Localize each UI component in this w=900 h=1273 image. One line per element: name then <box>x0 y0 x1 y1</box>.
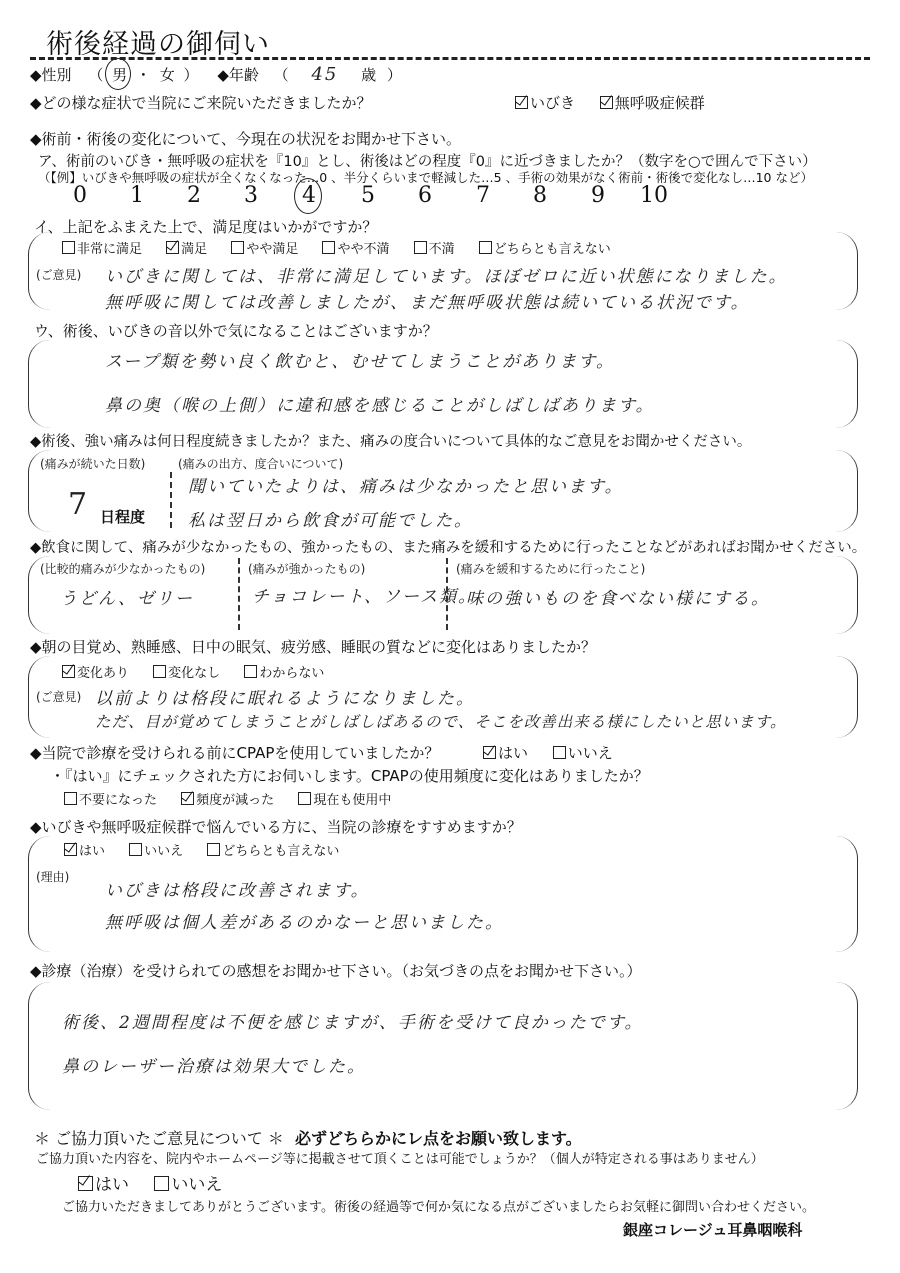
consent-header-prefix: ＊ ご協力頂いたご意見について ＊ <box>34 1129 284 1148</box>
sleep-question: ◆朝の目覚め、熟睡感、日中の眠気、疲労感、睡眠の質などに変化はありましたか？ <box>30 636 596 657</box>
satisfaction-option-selected[interactable]: 満足 <box>166 238 207 257</box>
thanks-message: ご協力いただきましてありがとうございます。術後の経過等で何か気になる点がございま… <box>62 1196 815 1215</box>
scale-10[interactable]: 10 <box>640 183 668 208</box>
consent-header: ＊ ご協力頂いたご意見について ＊ 必ずどちらかにレ点をお願い致します。 <box>34 1126 582 1149</box>
scale-6[interactable]: 6 <box>418 183 432 208</box>
checkbox-icon <box>322 241 335 254</box>
checkbox-icon <box>154 1176 169 1191</box>
sleep-option-selected[interactable]: 変化あり <box>62 662 129 681</box>
opinion-line-1[interactable]: いびきに関しては、非常に満足しています。ほぼゼロに近い状態になりました。 <box>105 262 788 287</box>
gender-female-option[interactable]: 女 <box>156 66 179 84</box>
cpap-options: はい いいえ <box>483 742 633 763</box>
checkbox-checked-icon <box>600 96 613 109</box>
pain-days-value[interactable]: 7 <box>68 487 89 522</box>
pain-question: ◆術後、強い痛みは何日程度続きましたか？また、痛みの度合いについて具体的なご意見… <box>30 430 751 451</box>
sleep-opinion-label: (ご意見) <box>36 688 81 705</box>
profile-row: ◆性別 （ 男 ・ 女 ） ◆年齢 （ 45 歳 ） <box>30 64 402 85</box>
sleep-opinion-line-2[interactable]: ただ、目が覚めてしまうことがしばしばあるので、そこを改善出来る様にしたいと思いま… <box>95 710 786 732</box>
checkbox-icon <box>244 665 257 678</box>
pain-degree-label: (痛みの出方、度合いについて) <box>178 455 343 472</box>
checkbox-checked-icon <box>181 792 194 805</box>
satisfaction-options: 非常に満足 満足 やや満足 やや不満 不満 どちらとも言えない <box>62 238 631 257</box>
cpap-sub-question: ・『はい』にチェックされた方にお伺いします。CPAPの使用頻度に変化はありました… <box>50 765 649 786</box>
reason-line-1[interactable]: いびきは格段に改善されます。 <box>105 876 370 901</box>
consent-header-bold: 必ずどちらかにレ点をお願い致します。 <box>295 1129 582 1148</box>
checkbox-icon <box>298 792 311 805</box>
satisfaction-option[interactable]: 非常に満足 <box>62 238 142 257</box>
pain-days-unit: 日程度 <box>100 506 145 527</box>
opinion-label: (ご意見) <box>36 266 81 283</box>
change-question: ◆術前・術後の変化について、今現在の状況をお聞かせ下さい。 <box>30 128 461 149</box>
cpap-sub-option-selected[interactable]: 頻度が減った <box>181 789 274 808</box>
symptoms-options: いびき 無呼吸症候群 <box>515 92 725 113</box>
satisfaction-option[interactable]: やや不満 <box>322 238 389 257</box>
concern-line-2[interactable]: 鼻の奥（喉の上側）に違和感を感じることがしばしばあります。 <box>105 391 655 416</box>
checkbox-icon <box>231 241 244 254</box>
checkbox-icon <box>414 241 427 254</box>
impression-line-1[interactable]: 術後、2週間程度は不便を感じますが、手術を受けて良かったです。 <box>62 1008 643 1033</box>
consent-option-yes[interactable]: はい <box>78 1170 129 1195</box>
gender-male-option[interactable]: 男 <box>108 64 131 85</box>
clinic-name: 銀座コレージュ耳鼻咽喉科 <box>623 1219 802 1240</box>
pain-degree-line-2[interactable]: 私は翌日から飲食が可能でした。 <box>188 506 473 531</box>
checkbox-icon <box>153 665 166 678</box>
recommend-option-selected[interactable]: はい <box>64 840 105 859</box>
scale-2[interactable]: 2 <box>187 183 201 208</box>
age-label: ◆年齢 <box>217 66 259 84</box>
impression-question: ◆診療（治療）を受けられての感想をお聞かせ下さい。（お気づきの点をお聞かせ下さい… <box>30 960 642 981</box>
food-col3-value[interactable]: 味の強いものを食べない様にする。 <box>466 584 770 609</box>
selected-circle <box>294 178 322 214</box>
satisfaction-option[interactable]: やや満足 <box>231 238 298 257</box>
cpap-option-no[interactable]: いいえ <box>553 742 613 763</box>
impression-line-2[interactable]: 鼻のレーザー治療は効果大でした。 <box>62 1052 366 1077</box>
checkbox-icon <box>553 746 566 759</box>
checkbox-checked-icon <box>166 241 179 254</box>
food-col1-label: (比較的痛みが少なかったもの) <box>40 560 205 577</box>
checkbox-checked-icon <box>62 665 75 678</box>
other-concerns-question: ウ、術後、いびきの音以外で気になることはございますか？ <box>34 320 438 341</box>
pain-days-label: (痛みが続いた日数) <box>40 455 145 472</box>
column-divider <box>238 558 240 630</box>
cpap-sub-option[interactable]: 不要になった <box>64 789 157 808</box>
age-value[interactable]: 45 <box>311 64 338 85</box>
column-divider <box>446 558 448 630</box>
reason-line-2[interactable]: 無呼吸は個人差があるのかなーと思いました。 <box>105 908 504 933</box>
recommend-option[interactable]: いいえ <box>129 840 183 859</box>
cpap-question: ◆当院で診療を受けられる前にCPAPを使用していましたか？ <box>30 742 439 763</box>
checkbox-icon <box>64 792 77 805</box>
satisfaction-option[interactable]: 不満 <box>414 238 455 257</box>
checkbox-checked-icon <box>78 1176 93 1191</box>
scale-1[interactable]: 1 <box>130 183 144 208</box>
sleep-option[interactable]: 変化なし <box>153 662 220 681</box>
food-col1-value[interactable]: うどん、ゼリー <box>60 584 194 609</box>
gender-label: ◆性別 <box>30 66 72 84</box>
cpap-option-yes[interactable]: はい <box>483 742 528 763</box>
opinion-line-2[interactable]: 無呼吸に関しては改善しましたが、まだ無呼吸状態は続いている状況です。 <box>105 288 750 313</box>
food-col2-label: (痛みが強かったもの) <box>248 560 365 577</box>
reason-label: (理由) <box>36 868 69 885</box>
recommend-question: ◆いびきや無呼吸症候群で悩んでいる方に、当院の診療をすすめますか？ <box>30 816 522 837</box>
title-divider <box>30 57 870 60</box>
selected-circle <box>105 58 131 90</box>
sleep-opinion-line-1[interactable]: 以前よりは格段に眠れるようになりました。 <box>95 684 475 709</box>
sleep-options: 変化あり 変化なし わからない <box>62 662 344 681</box>
page-title: 術後経過の御伺い <box>46 22 270 61</box>
sleep-option[interactable]: わからない <box>244 662 324 681</box>
checkbox-checked-icon <box>515 96 528 109</box>
checkbox-checked-icon <box>64 843 77 856</box>
cpap-sub-options: 不要になった 頻度が減った 現在も使用中 <box>64 789 411 808</box>
satisfaction-option[interactable]: どちらとも言えない <box>479 238 611 257</box>
consent-options: はい いいえ <box>78 1170 242 1195</box>
symptom-option-snoring[interactable]: いびき <box>515 92 575 113</box>
symptoms-question: ◆どの様な症状で当院にご来院いただきましたか？ <box>30 92 372 113</box>
checkbox-icon <box>479 241 492 254</box>
scale-9[interactable]: 9 <box>591 183 605 208</box>
recommend-option[interactable]: どちらとも言えない <box>207 840 339 859</box>
concern-line-1[interactable]: スープ類を勢い良く飲むと、むせてしまうことがあります。 <box>105 347 615 372</box>
checkbox-checked-icon <box>483 746 496 759</box>
recommend-options: はい いいえ どちらとも言えない <box>64 840 359 859</box>
food-question: ◆飲食に関して、痛みが少なかったもの、強かったもの、また痛みを緩和するために行っ… <box>30 536 866 557</box>
scale-7[interactable]: 7 <box>476 183 490 208</box>
pain-degree-line-1[interactable]: 聞いていたよりは、痛みは少なかったと思います。 <box>188 472 624 497</box>
checkbox-icon <box>207 843 220 856</box>
scale-5[interactable]: 5 <box>361 183 375 208</box>
scale-3[interactable]: 3 <box>244 183 258 208</box>
food-col3-label: (痛みを緩和するために行ったこと) <box>456 560 645 577</box>
checkbox-icon <box>62 241 75 254</box>
scale-0[interactable]: 0 <box>73 183 87 208</box>
symptom-option-apnea[interactable]: 無呼吸症候群 <box>600 92 705 113</box>
cpap-sub-option[interactable]: 現在も使用中 <box>298 789 391 808</box>
column-divider <box>170 472 172 528</box>
consent-question: ご協力頂いた内容を、院内やホームページ等に掲載させて頂くことは可能でしょうか？（… <box>36 1148 764 1167</box>
checkbox-icon <box>129 843 142 856</box>
food-col2-value[interactable]: チョコレート、ソース類。 <box>252 582 477 607</box>
scale-8[interactable]: 8 <box>533 183 547 208</box>
impression-box <box>28 982 858 1110</box>
consent-option-no[interactable]: いいえ <box>154 1170 222 1195</box>
